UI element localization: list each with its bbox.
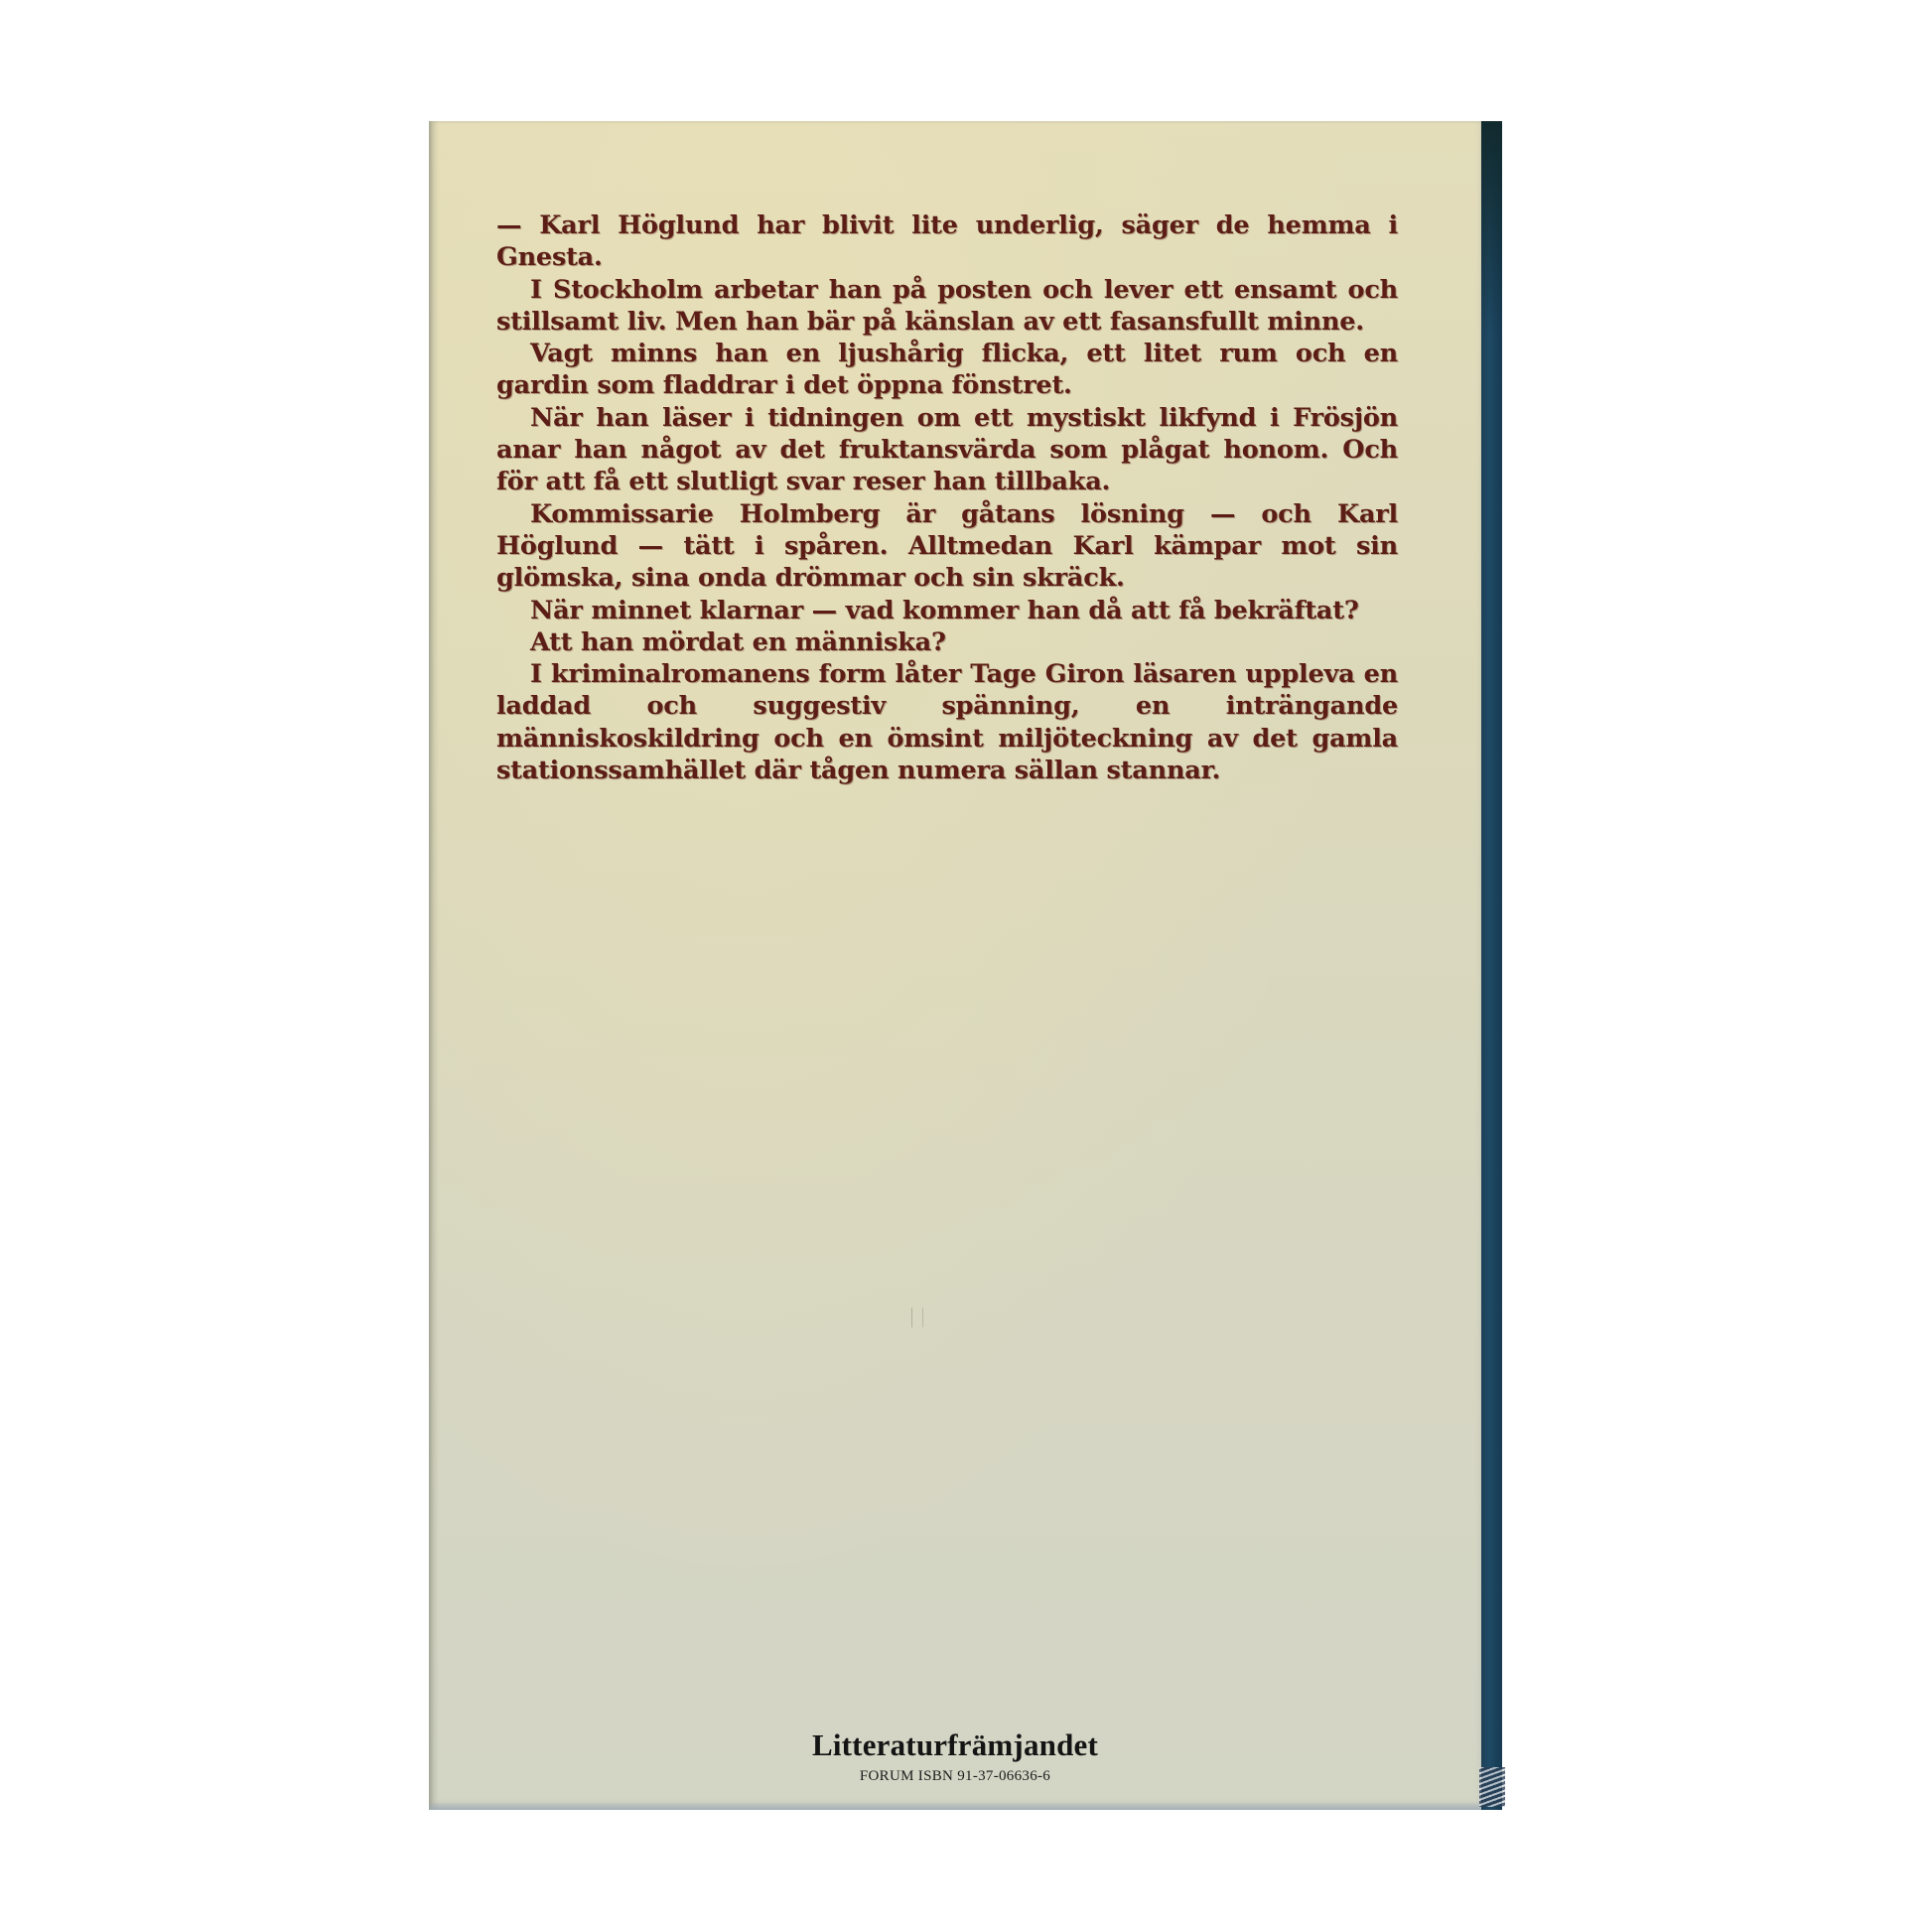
book-spine bbox=[1481, 121, 1502, 1810]
blurb-paragraph: Vagt minns han en ljushårig flicka, ett … bbox=[496, 338, 1398, 402]
blurb-paragraph: I kriminalromanens form låter Tage Giron… bbox=[496, 658, 1398, 786]
blurb-paragraph: — Karl Höglund har blivit lite underlig,… bbox=[496, 209, 1398, 274]
cover-bottom-edge bbox=[429, 1802, 1481, 1810]
isbn-line: FORUM ISBN 91-37-06636-6 bbox=[429, 1768, 1481, 1785]
blurb-text: — Karl Höglund har blivit lite underlig,… bbox=[496, 209, 1398, 786]
publisher-name: Litteraturfrämjandet bbox=[429, 1727, 1481, 1763]
blurb-paragraph: Att han mördat en människa? bbox=[496, 626, 1398, 658]
blurb-paragraph: När minnet klarnar — vad kommer han då a… bbox=[496, 595, 1398, 626]
cover-left-edge bbox=[429, 121, 439, 1810]
blurb-paragraph: När han läser i tidningen om ett mystisk… bbox=[496, 402, 1398, 498]
blurb-paragraph: I Stockholm arbetar han på posten och le… bbox=[496, 274, 1398, 339]
cover-smudge bbox=[911, 1308, 923, 1327]
blurb-paragraph: Kommissarie Holmberg är gåtans lösning —… bbox=[496, 498, 1398, 595]
spine-wear-mark bbox=[1479, 1767, 1505, 1807]
